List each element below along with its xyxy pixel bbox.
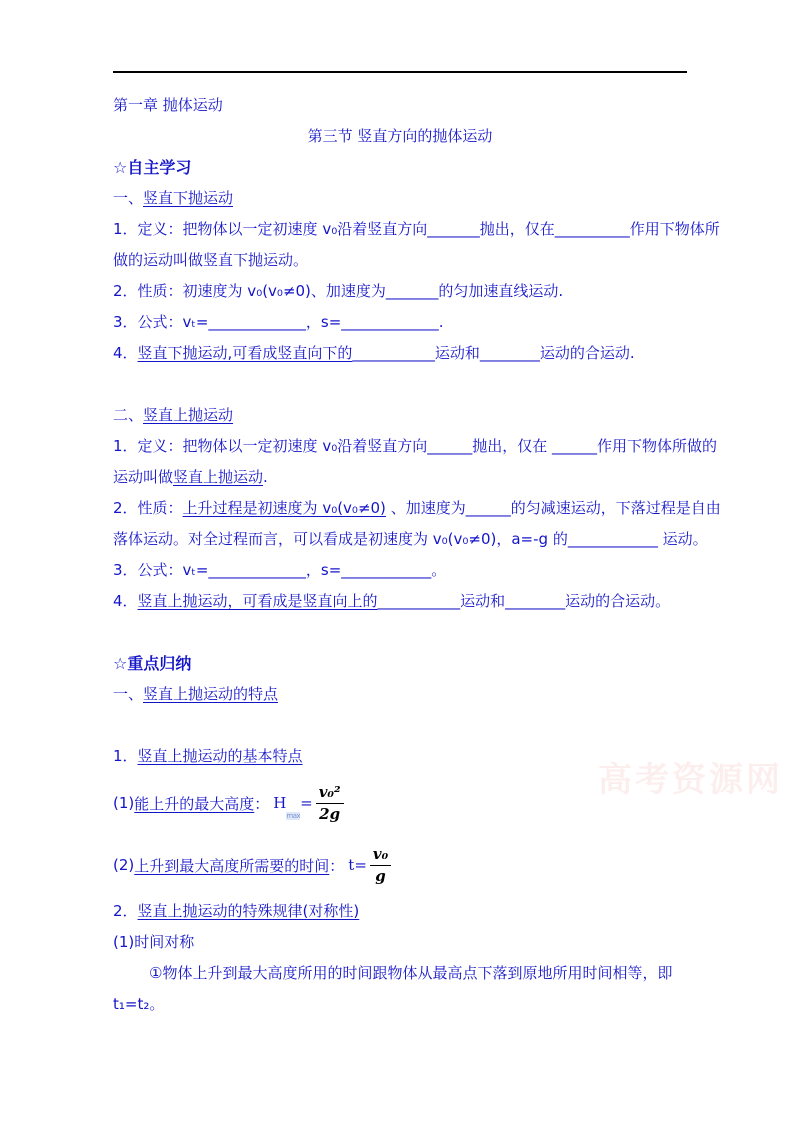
text-segment: 上升到最大高度所需要的时间 [134, 855, 329, 876]
text-segment: 竖直上抛运动的特殊规律(对称性) [138, 902, 360, 920]
text-segment: 运动叫做 [113, 468, 173, 486]
line-up-composition: 4．竖直上抛运动，可看成是竖直向上的___________运动和________… [113, 586, 687, 617]
line-down-formula: 3．公式：vₜ=_____________，s=_____________. [113, 307, 687, 338]
line-symmetry-detail: ①物体上升到最大高度所用的时间跟物体从最高点下落到原地所用时间相等，即 [113, 958, 687, 989]
text-segment: 竖直上抛运动的特点 [143, 685, 278, 703]
text-segment: ①物体上升到最大高度所用的时间跟物体从最高点下落到原地所用时间相等，即 [149, 964, 672, 982]
formula-rise-time: (2)上升到最大高度所需要的时间：t=v₀g [113, 834, 687, 896]
line-section-title: 第三节 竖直方向的抛体运动 [113, 121, 687, 152]
text-segment: 二、 [113, 406, 143, 424]
spacer [113, 617, 687, 648]
line-up-nature-2: 落体运动。对全过程而言，可以看成是初速度为 v₀(v₀≠0)，a=-g 的___… [113, 524, 687, 555]
text-segment: 1． [113, 747, 138, 765]
text-segment: 竖直上抛运动，可看成是竖直向上的 [138, 592, 378, 610]
text-segment: ☆重点归纳 [113, 654, 191, 673]
text-segment: 上升过程是初速度为 v₀(v₀≠0) [183, 499, 386, 517]
header-rule [113, 71, 687, 73]
text-segment: (1) [113, 794, 134, 812]
text-segment: 2．性质： [113, 499, 183, 517]
text-segment: 3．公式：vₜ=_____________，s=____________。 [113, 561, 446, 579]
line-down-def-2: 做的运动叫做竖直下抛运动。 [113, 245, 687, 276]
heading-self-study: ☆自主学习 [113, 152, 687, 183]
text-segment: ___________运动和________运动的合运动. [352, 344, 634, 362]
heading-up-features: 一、竖直上抛运动的特点 [113, 679, 687, 710]
text-segment: 4． [113, 344, 138, 362]
text-segment: 一、 [113, 189, 143, 207]
text-segment: 、加速度为______的匀减速运动，下落过程是自由 [386, 499, 721, 517]
document-page: 第一章 抛体运动第三节 竖直方向的抛体运动☆自主学习一、竖直下抛运动1．定义：把… [0, 0, 794, 1123]
heading-key-summary: ☆重点归纳 [113, 648, 687, 679]
text-segment: 竖直下抛运动,可看成竖直向下的 [138, 344, 353, 362]
formula-subscript: max [286, 812, 300, 820]
text-segment: 竖直上抛运动 [173, 468, 263, 486]
fraction-denominator: g [372, 866, 389, 886]
text-segment: 1．定义：把物体以一定初速度 v₀沿着竖直方向_______抛出，仅在_____… [113, 220, 720, 238]
text-segment: 第一章 抛体运动 [113, 96, 223, 114]
line-up-nature-1: 2．性质：上升过程是初速度为 v₀(v₀≠0) 、加速度为______的匀减速运… [113, 493, 687, 524]
text-segment: 1．定义：把物体以一定初速度 v₀沿着竖直方向______抛出，仅在 _____… [113, 437, 717, 455]
text-segment: 4． [113, 592, 138, 610]
fraction-denominator: 2g [316, 804, 343, 824]
fraction-numerator: v₀ [370, 845, 391, 866]
line-down-nature: 2．性质：初速度为 v₀(v₀≠0)、加速度为_______的匀加速直线运动. [113, 276, 687, 307]
text-segment: 3．公式：vₜ=_____________，s=_____________. [113, 313, 444, 331]
spacer [113, 369, 687, 400]
text-segment: t₁=t₂。 [113, 995, 164, 1013]
fraction: v₀g [370, 845, 391, 886]
text-segment: ： [329, 855, 344, 876]
line-up-def-1: 1．定义：把物体以一定初速度 v₀沿着竖直方向______抛出，仅在 _____… [113, 431, 687, 462]
line-time-symmetry: (1)时间对称 [113, 927, 687, 958]
text-segment: 落体运动。对全过程而言，可以看成是初速度为 v₀(v₀≠0)，a=-g 的___… [113, 530, 708, 548]
line-t1-t2: t₁=t₂。 [113, 989, 687, 1020]
equals-sign: = [300, 794, 313, 812]
heading-special-rules: 2．竖直上抛运动的特殊规律(对称性) [113, 896, 687, 927]
heading-down-throw: 一、竖直下抛运动 [113, 183, 687, 214]
text-segment: 竖直下抛运动 [143, 189, 233, 207]
text-segment: (2) [113, 856, 134, 874]
text-segment: 竖直上抛运动 [143, 406, 233, 424]
line-down-def-1: 1．定义：把物体以一定初速度 v₀沿着竖直方向_______抛出，仅在_____… [113, 214, 687, 245]
text-segment: 第三节 竖直方向的抛体运动 [308, 127, 493, 145]
text-segment: 2． [113, 902, 138, 920]
fraction-numerator: v₀² [316, 783, 344, 804]
heading-up-throw: 二、竖直上抛运动 [113, 400, 687, 431]
text-segment: 能上升的最大高度 [134, 793, 254, 814]
spacer [113, 710, 687, 741]
text-segment: ___________运动和________运动的合运动。 [378, 592, 671, 610]
fraction: v₀²2g [316, 783, 344, 824]
text-segment: ☆自主学习 [113, 158, 191, 177]
text-segment: 一、 [113, 685, 143, 703]
line-chapter: 第一章 抛体运动 [113, 90, 687, 121]
formula-symbol: H [273, 794, 286, 812]
text-segment: 2．性质：初速度为 v₀(v₀≠0)、加速度为_______的匀加速直线运动. [113, 282, 563, 300]
document-lines: 第一章 抛体运动第三节 竖直方向的抛体运动☆自主学习一、竖直下抛运动1．定义：把… [113, 90, 687, 1020]
text-segment: (1)时间对称 [113, 933, 194, 951]
line-up-formula: 3．公式：vₜ=_____________，s=____________。 [113, 555, 687, 586]
text-segment: 做的运动叫做竖直下抛运动。 [113, 251, 308, 269]
text-segment: ： [254, 793, 269, 814]
equals-sign: = [354, 856, 367, 874]
text-segment: 竖直上抛运动的基本特点 [138, 747, 303, 765]
text-segment: . [263, 468, 268, 486]
line-down-composition: 4．竖直下抛运动,可看成竖直向下的___________运动和________运… [113, 338, 687, 369]
line-up-def-2: 运动叫做竖直上抛运动. [113, 462, 687, 493]
watermark: 高考资源网 [598, 752, 783, 801]
